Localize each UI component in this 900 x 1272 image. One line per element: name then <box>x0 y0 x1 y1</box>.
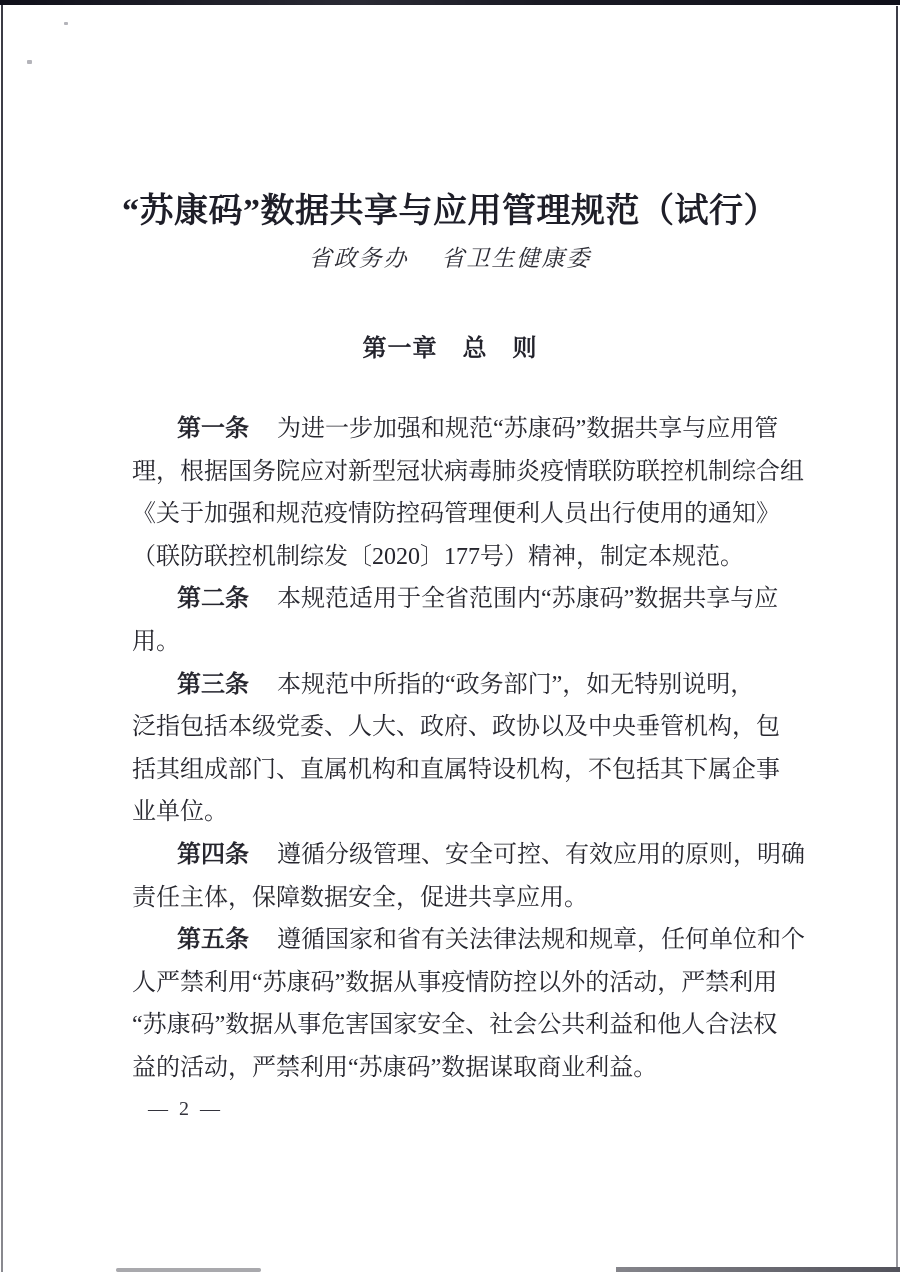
article-3-line: 泛指包括本级党委、人大、政府、政协以及中央垂管机构，包 <box>132 706 792 749</box>
article-5-line: 第五条遵循国家和省有关法律法规和规章，任何单位和个 <box>132 919 792 962</box>
scan-speck <box>64 22 68 25</box>
article-5-line: “苏康码”数据从事危害国家安全、社会公共利益和他人合法权 <box>132 1004 792 1047</box>
article-5-line: 益的活动，严禁利用“苏康码”数据谋取商业利益。 <box>132 1047 792 1090</box>
article-1-line: 《关于加强和规范疫情防控码管理便利人员出行使用的通知》 <box>132 493 792 536</box>
scan-smudge-bottom-right <box>616 1267 900 1272</box>
article-2-line: 第二条本规范适用于全省范围内“苏康码”数据共享与应 <box>132 578 792 621</box>
article-5-text: 遵循国家和省有关法律法规和规章，任何单位和个 <box>277 927 805 953</box>
document-issuers: 省政务办 省卫生健康委 <box>0 240 900 273</box>
article-1-line: （联防联控机制综发〔2020〕177号）精神，制定本规范。 <box>132 536 792 579</box>
article-1-text: 为进一步加强和规范“苏康码”数据共享与应用管 <box>277 416 778 442</box>
article-5-label: 第五条 <box>177 927 249 953</box>
article-2-text: 本规范适用于全省范围内“苏康码”数据共享与应 <box>277 586 778 612</box>
document-body: 第一条为进一步加强和规范“苏康码”数据共享与应用管 理，根据国务院应对新型冠状病… <box>132 408 792 1090</box>
article-2-label: 第二条 <box>177 586 249 612</box>
article-1-label: 第一条 <box>177 416 249 442</box>
article-4-line: 责任主体，保障数据安全，促进共享应用。 <box>132 877 792 920</box>
article-4-label: 第四条 <box>177 842 249 868</box>
scan-smudge-bottom-left <box>116 1268 261 1272</box>
article-4-text: 遵循分级管理、安全可控、有效应用的原则，明确 <box>277 842 805 868</box>
chapter-heading: 第一章 总 则 <box>0 328 900 363</box>
article-1-line: 理，根据国务院应对新型冠状病毒肺炎疫情联防联控机制综合组 <box>132 451 792 494</box>
scanned-document-page: “苏康码”数据共享与应用管理规范（试行） 省政务办 省卫生健康委 第一章 总 则… <box>0 0 900 1272</box>
article-3-text: 本规范中所指的“政务部门”，如无特别说明， <box>277 672 754 698</box>
scan-speck <box>27 60 32 64</box>
article-3-line: 括其组成部门、直属机构和直属特设机构，不包括其下属企事 <box>132 749 792 792</box>
article-3-line: 第三条本规范中所指的“政务部门”，如无特别说明， <box>132 664 792 707</box>
document-title: “苏康码”数据共享与应用管理规范（试行） <box>0 183 900 232</box>
article-1-line: 第一条为进一步加强和规范“苏康码”数据共享与应用管 <box>132 408 792 451</box>
article-3-label: 第三条 <box>177 672 249 698</box>
scan-edge-top <box>0 0 900 5</box>
page-number: — 2 — <box>148 1098 223 1121</box>
article-2-line: 用。 <box>132 621 792 664</box>
article-4-line: 第四条遵循分级管理、安全可控、有效应用的原则，明确 <box>132 834 792 877</box>
article-3-line: 业单位。 <box>132 791 792 834</box>
article-5-line: 人严禁利用“苏康码”数据从事疫情防控以外的活动，严禁利用 <box>132 962 792 1005</box>
